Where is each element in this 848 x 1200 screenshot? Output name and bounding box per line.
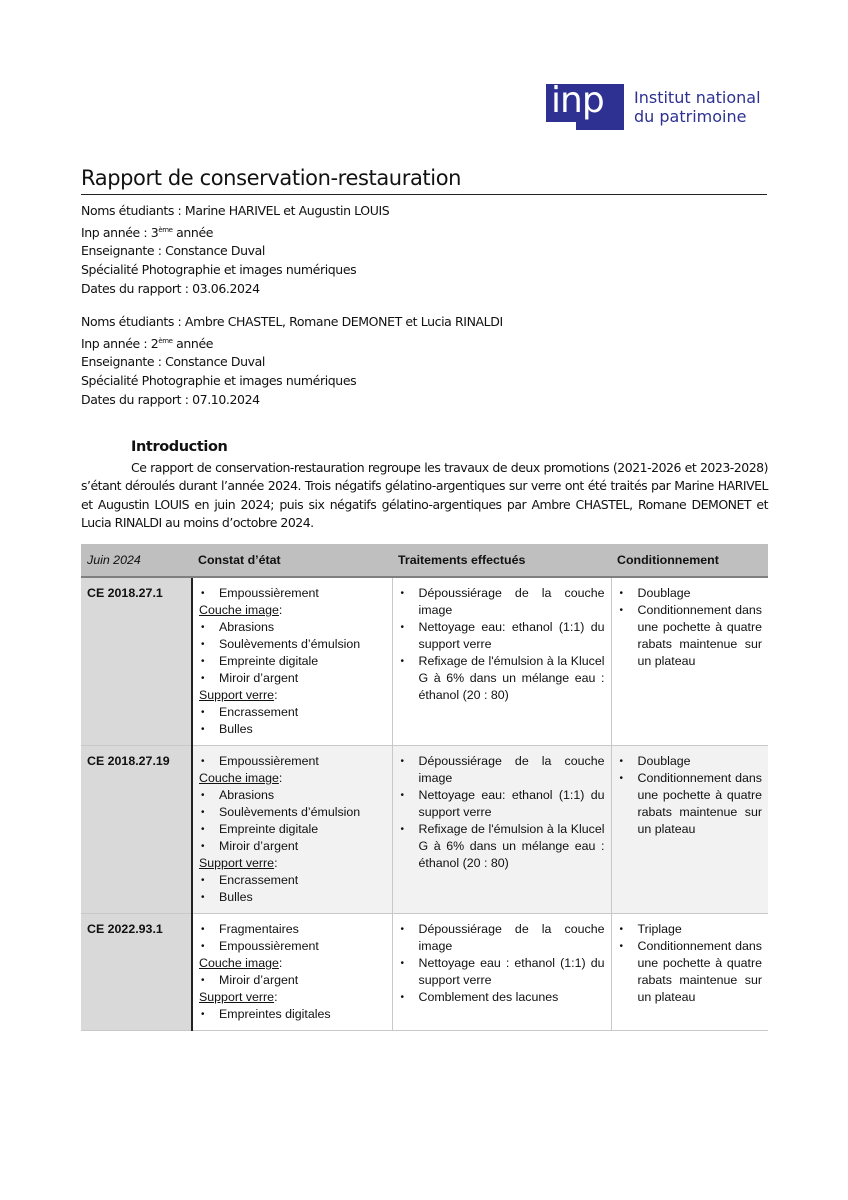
students: Noms étudiants : Ambre CHASTEL, Romane D… — [81, 313, 503, 332]
list-item: Bulles — [199, 721, 386, 738]
page-title: Rapport de conservation-restauration — [81, 166, 767, 195]
list-item: Conditionnement dans une pochette à quat… — [618, 938, 763, 1006]
student-group-2: Noms étudiants : Ambre CHASTEL, Romane D… — [81, 313, 503, 409]
list-item: Empoussièrement — [199, 585, 386, 602]
traitements-cell: Dépoussiérage de la couche imageNettoyag… — [392, 746, 611, 914]
couche-image-label: Couche image: — [199, 602, 386, 619]
list-item: Dépoussiérage de la couche image — [399, 585, 605, 619]
list-item: Soulèvements d’émulsion — [199, 804, 386, 821]
list-item: Refixage de l'émulsion à la Klucel G à 6… — [399, 821, 605, 872]
inp-logo-mark: inp — [546, 84, 624, 130]
conditionnement-cell: DoublageConditionnement dans une pochett… — [611, 746, 768, 914]
logo-line2: du patrimoine — [634, 107, 761, 126]
list-item: Nettoyage eau: ethanol (1:1) du support … — [399, 619, 605, 653]
support-verre-label: Support verre: — [199, 855, 386, 872]
student-group-1: Noms étudiants : Marine HARIVEL et Augus… — [81, 202, 389, 298]
list-item: Dépoussiérage de la couche image — [399, 753, 605, 787]
list-item: Nettoyage eau : ethanol (1:1) du support… — [399, 955, 605, 989]
table-row: CE 2018.27.1EmpoussièrementCouche image:… — [81, 577, 768, 746]
header-traitements: Traitements effectués — [392, 544, 611, 577]
constat-cell: EmpoussièrementCouche image:AbrasionsSou… — [192, 577, 392, 746]
list-item: Soulèvements d’émulsion — [199, 636, 386, 653]
header-constat: Constat d’état — [192, 544, 392, 577]
teacher: Enseignante : Constance Duval — [81, 242, 389, 261]
table-header-row: Juin 2024 Constat d’état Traitements eff… — [81, 544, 768, 577]
traitements-cell: Dépoussiérage de la couche imageNettoyag… — [392, 577, 611, 746]
traitements-cell: Dépoussiérage de la couche imageNettoyag… — [392, 914, 611, 1031]
object-id: CE 2022.93.1 — [81, 914, 192, 1031]
teacher: Enseignante : Constance Duval — [81, 353, 503, 372]
treatment-table: Juin 2024 Constat d’état Traitements eff… — [81, 544, 768, 1031]
conditionnement-cell: DoublageConditionnement dans une pochett… — [611, 577, 768, 746]
list-item: Abrasions — [199, 787, 386, 804]
specialty: Spécialité Photographie et images numéri… — [81, 261, 389, 280]
list-item: Conditionnement dans une pochette à quat… — [618, 602, 763, 670]
list-item: Miroir d’argent — [199, 670, 386, 687]
inp-logo: inp Institut national du patrimoine — [546, 84, 761, 130]
logo-text: Institut national du patrimoine — [634, 88, 761, 126]
list-item: Nettoyage eau: ethanol (1:1) du support … — [399, 787, 605, 821]
list-item: Dépoussiérage de la couche image — [399, 921, 605, 955]
header-conditionnement: Conditionnement — [611, 544, 768, 577]
list-item: Empreinte digitale — [199, 821, 386, 838]
list-item: Encrassement — [199, 704, 386, 721]
list-item: Miroir d’argent — [199, 838, 386, 855]
list-item: Empoussièrement — [199, 753, 386, 770]
support-verre-label: Support verre: — [199, 989, 386, 1006]
students: Noms étudiants : Marine HARIVEL et Augus… — [81, 202, 389, 221]
object-id: CE 2018.27.19 — [81, 746, 192, 914]
year: Inp année : 2ème année — [81, 332, 503, 354]
specialty: Spécialité Photographie et images numéri… — [81, 372, 503, 391]
list-item: Empreintes digitales — [199, 1006, 386, 1023]
couche-image-label: Couche image: — [199, 955, 386, 972]
couche-image-label: Couche image: — [199, 770, 386, 787]
list-item: Conditionnement dans une pochette à quat… — [618, 770, 763, 838]
list-item: Abrasions — [199, 619, 386, 636]
logo-abbr: inp — [551, 80, 604, 121]
constat-cell: EmpoussièrementCouche image:AbrasionsSou… — [192, 746, 392, 914]
introduction-heading: Introduction — [131, 439, 227, 455]
table-row: CE 2022.93.1FragmentairesEmpoussièrement… — [81, 914, 768, 1031]
introduction-text: Ce rapport de conservation-restauration … — [81, 459, 768, 533]
year: Inp année : 3ème année — [81, 221, 389, 243]
list-item: Empoussièrement — [199, 938, 386, 955]
support-verre-label: Support verre: — [199, 687, 386, 704]
list-item: Encrassement — [199, 872, 386, 889]
list-item: Fragmentaires — [199, 921, 386, 938]
header-period: Juin 2024 — [81, 544, 192, 577]
object-id: CE 2018.27.1 — [81, 577, 192, 746]
list-item: Comblement des lacunes — [399, 989, 605, 1006]
conditionnement-cell: TriplageConditionnement dans une pochett… — [611, 914, 768, 1031]
logo-line1: Institut national — [634, 88, 761, 107]
constat-cell: FragmentairesEmpoussièrementCouche image… — [192, 914, 392, 1031]
list-item: Empreinte digitale — [199, 653, 386, 670]
report-date: Dates du rapport : 03.06.2024 — [81, 280, 389, 299]
list-item: Doublage — [618, 753, 763, 770]
list-item: Miroir d’argent — [199, 972, 386, 989]
list-item: Triplage — [618, 921, 763, 938]
list-item: Doublage — [618, 585, 763, 602]
report-date: Dates du rapport : 07.10.2024 — [81, 391, 503, 410]
table-row: CE 2018.27.19EmpoussièrementCouche image… — [81, 746, 768, 914]
list-item: Bulles — [199, 889, 386, 906]
list-item: Refixage de l'émulsion à la Klucel G à 6… — [399, 653, 605, 704]
